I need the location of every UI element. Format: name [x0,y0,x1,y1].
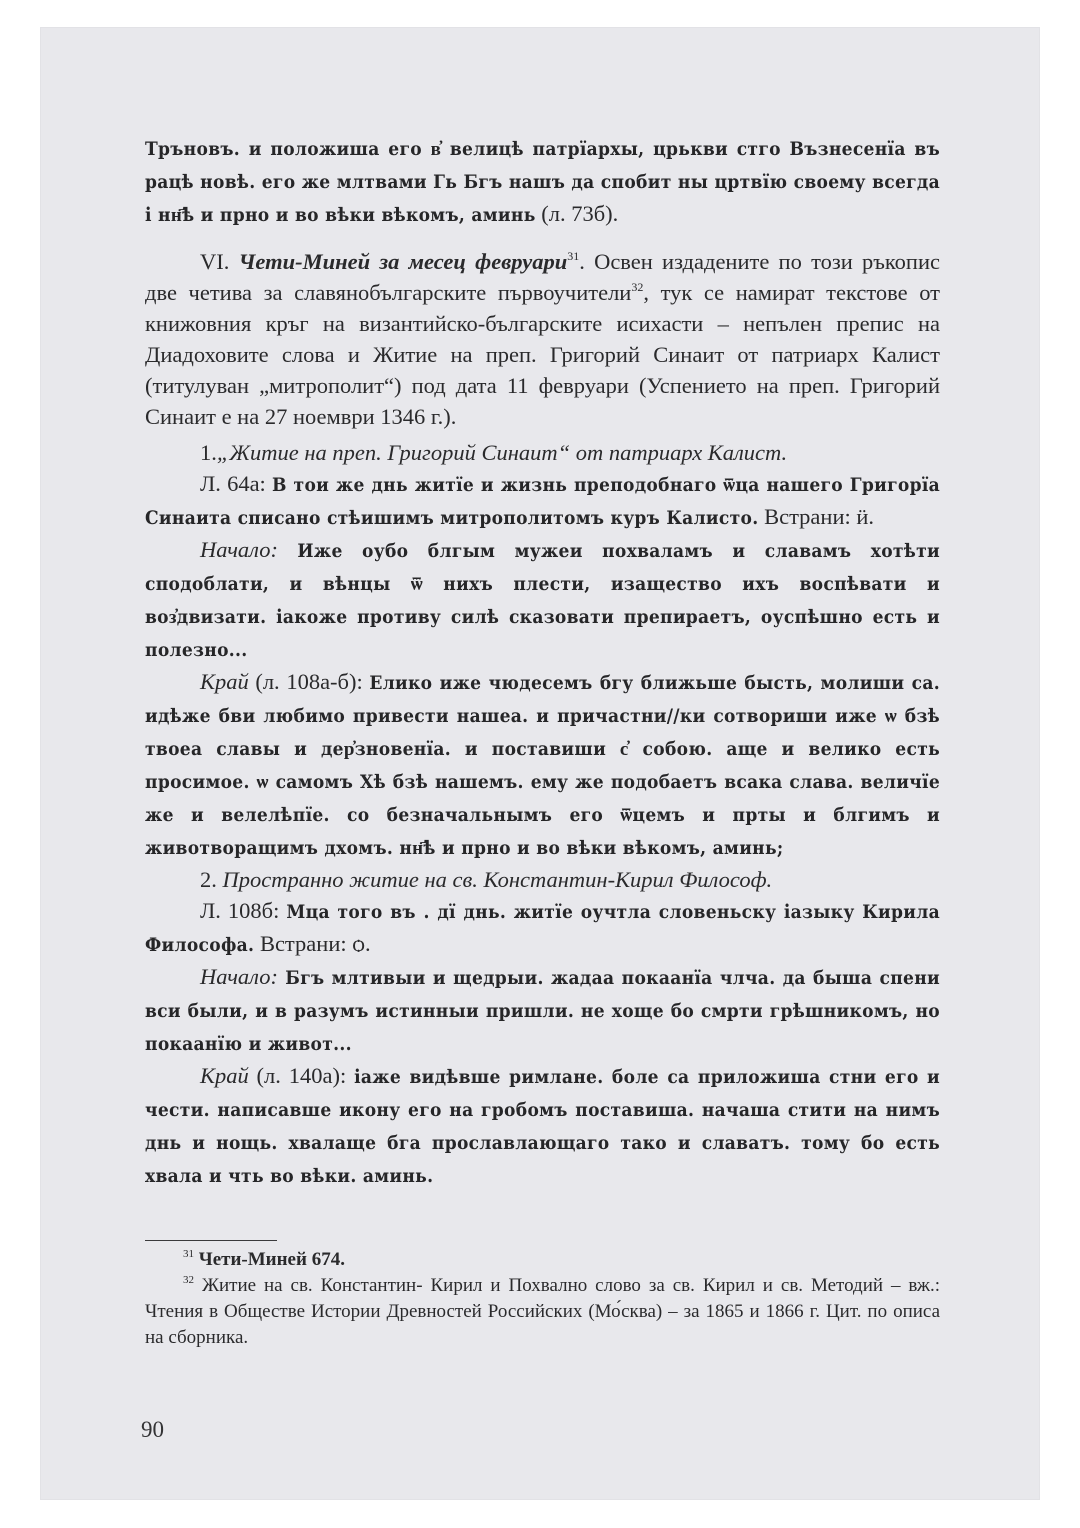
footnote-text: Житие на св. Константин- Кирил и Похвалн… [145,1275,940,1348]
footnote-31: 31 Чети-Миней 674. [145,1247,940,1273]
footnote-text: Чети-Миней 674. [199,1249,345,1270]
section-title: Чети-Миней за месец февруари [239,249,568,274]
item-title: „Житие на преп. Григорий Синаит“ от патр… [217,440,787,465]
item-1-incipit: Начало: Иже оубо блгым мужеи похваламъ и… [145,534,940,666]
margin-note: Встрани: ӥ. [758,504,874,529]
item-1-heading: 1.„Житие на преп. Григорий Синаит“ от па… [145,437,940,468]
footnote-rule [145,1240,277,1241]
explicit-label: Край [200,669,249,694]
item-number: 1. [200,440,217,465]
incipit-label: Начало: [200,537,278,562]
footnotes: 31 Чети-Миней 674. 32 Житие на св. Конст… [145,1240,940,1351]
item-title: Пространно житие на св. Константин-Кирил… [223,867,773,892]
margin-note: Встрани: ѻ. [254,931,370,956]
folio-reference: (л. 140а): [249,1063,354,1088]
folio-label: Л. 64а: [200,471,272,496]
document-page: Тръновъ. и положиша его в҆ велицѣ патрїа… [40,27,1040,1500]
item-1-explicit: Край (л. 108а-б): Елико иже чюдесемъ бгу… [145,666,940,864]
item-1-folio: Л. 64а: В тои же днь житїе и жизнь препо… [145,468,940,534]
explicit-label: Край [200,1063,249,1088]
footnote-32: 32 Житие на св. Константин- Кирил и Похв… [145,1273,940,1351]
item-2-explicit: Край (л. 140а): іаже видѣвше римлане. бо… [145,1060,940,1192]
section-vi-paragraph: VI. Чети-Миней за месец февруари31. Осве… [145,246,940,432]
item-2-incipit: Начало: Бгъ млтивыи и щедрыи. жадаа пока… [145,961,940,1060]
section-numeral: VI. [200,249,239,274]
main-text: Тръновъ. и положиша его в҆ велицѣ патрїа… [145,132,940,1192]
item-2-heading: 2. Пространно житие на св. Константин-Ки… [145,864,940,895]
footnote-number: 31 [183,1248,194,1260]
paragraph-continuation: Тръновъ. и положиша его в҆ велицѣ патрїа… [145,132,940,231]
footnote-ref-32[interactable]: 32 [631,280,643,294]
folio-reference: (л. 73б). [536,201,619,226]
item-2-folio: Л. 108б: Мца того въ . дї днь. житїе оуч… [145,895,940,961]
folio-label: Л. 108б: [200,898,286,923]
footnote-ref-31[interactable]: 31 [567,249,579,263]
folio-reference: (л. 108а-б): [249,669,370,694]
page-number: 90 [141,1417,164,1443]
item-number: 2. [200,867,223,892]
footnote-number: 32 [183,1274,194,1286]
slavonic-quote: Елико иже чюдесемъ бгу ближьше бысть, мо… [145,672,940,859]
incipit-label: Начало: [200,964,278,989]
